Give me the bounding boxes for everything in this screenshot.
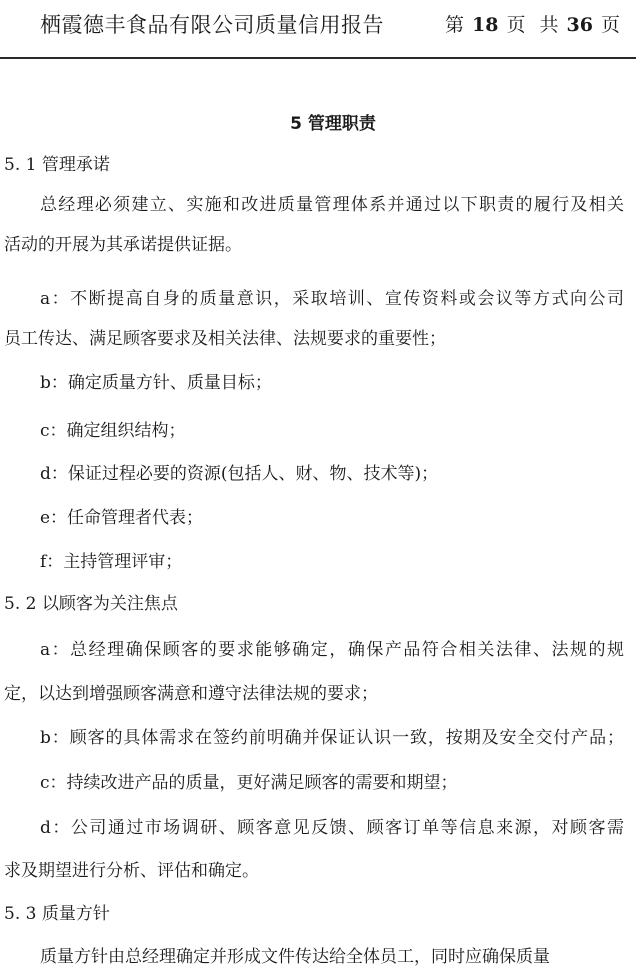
section-5-1-item-d: d：保证过程必要的资源(包括人、财、物、技术等)； <box>0 462 636 486</box>
section-5-1-item-a-line1: a：不断提高自身的质量意识，采取培训、宣传资料或会议等方式向公司 <box>0 287 636 311</box>
page-prefix: 第 <box>445 14 464 36</box>
page-current: 18 <box>472 14 498 36</box>
section-5-1-item-b: b：确定质量方针、质量目标； <box>0 371 636 395</box>
section-5-1-item-c: c：确定组织结构； <box>0 419 636 443</box>
section-5-2-item-c: c：持续改进产品的质量，更好满足顾客的需要和期望； <box>0 771 636 795</box>
page-suffix: 页 <box>601 14 620 36</box>
section-5-1-item-e: e：任命管理者代表； <box>0 506 636 530</box>
page-header: 栖霞德丰食品有限公司质量信用报告 第18页 共36页 <box>0 0 636 58</box>
page-indicator: 第18页 共36页 <box>445 10 620 37</box>
page-mid: 页 <box>506 14 525 36</box>
section-5-2-item-b: b：顾客的具体需求在签约前明确并保证认识一致，按期及安全交付产品； <box>0 726 636 750</box>
section-heading-5-2: 5. 2 以顾客为关注焦点 <box>0 592 636 616</box>
section-5-1-intro-line1: 总经理必须建立、实施和改进质量管理体系并通过以下职责的履行及相关 <box>0 193 636 217</box>
section-5-3-intro-line1: 质量方针由总经理确定并形成文件传达给全体员工，同时应确保质量 <box>0 945 636 969</box>
section-5-1-item-a-line2: 员工传达、满足顾客要求及相关法律、法规要求的重要性； <box>0 327 636 351</box>
section-5-2-item-a-line1: a：总经理确保顾客的要求能够确定，确保产品符合相关法律、法规的规 <box>0 638 636 662</box>
chapter-title: 5 管理职责 <box>0 112 636 136</box>
section-5-2-item-d-line2: 求及期望进行分析、评估和确定。 <box>0 859 636 883</box>
header-divider <box>0 57 636 59</box>
page-total-prefix: 共 <box>540 14 559 36</box>
section-5-1-intro-line2: 活动的开展为其承诺提供证据。 <box>0 233 636 257</box>
section-heading-5-1: 5. 1 管理承诺 <box>0 153 636 177</box>
section-5-1-item-f: f：主持管理评审； <box>0 550 636 574</box>
page-total: 36 <box>567 14 593 36</box>
section-heading-5-3: 5. 3 质量方针 <box>0 902 636 926</box>
section-5-2-item-a-line2: 定，以达到增强顾客满意和遵守法律法规的要求； <box>0 682 636 706</box>
report-title: 栖霞德丰食品有限公司质量信用报告 <box>40 9 384 39</box>
section-5-2-item-d-line1: d：公司通过市场调研、顾客意见反馈、顾客订单等信息来源，对顾客需 <box>0 816 636 840</box>
